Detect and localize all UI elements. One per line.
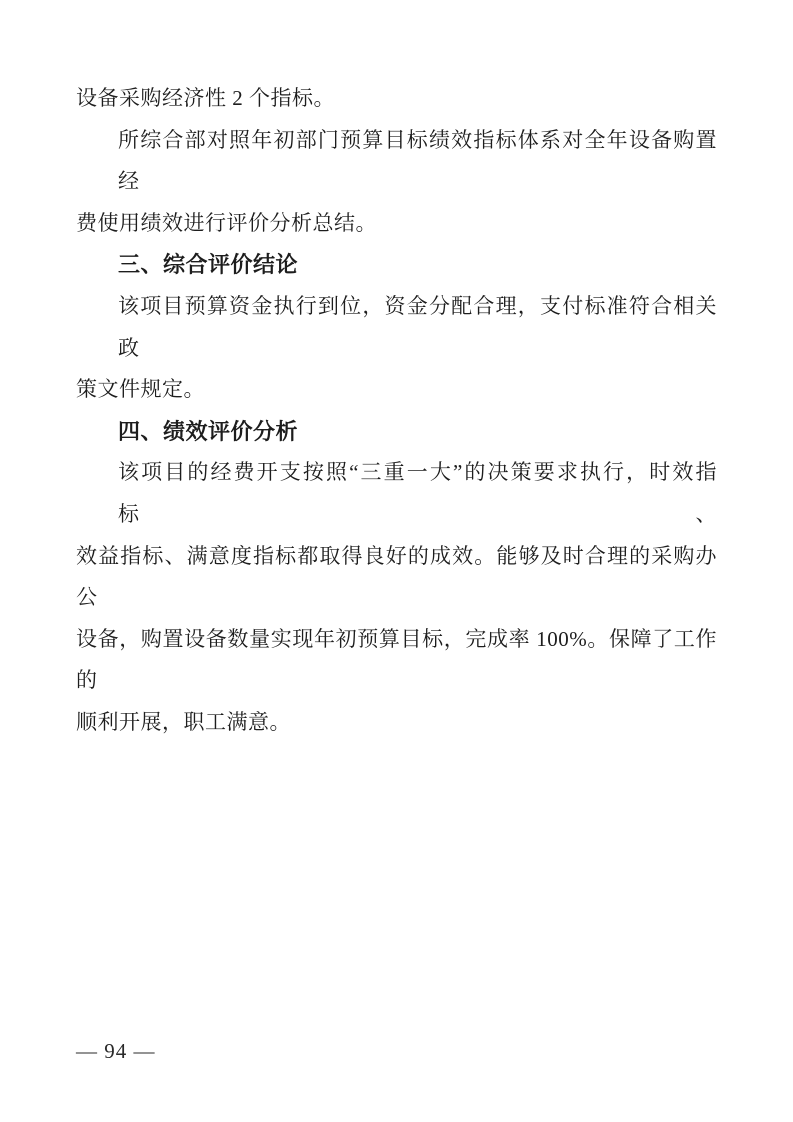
page-number: — 94 — bbox=[76, 1039, 156, 1063]
section-heading-4: 四、绩效评价分析 bbox=[76, 411, 717, 453]
document-body: 设备采购经济性 2 个指标。 所综合部对照年初部门预算目标绩效指标体系对全年设备… bbox=[76, 78, 717, 744]
body-line: 所综合部对照年初部门预算目标绩效指标体系对全年设备购置经 bbox=[76, 120, 717, 203]
body-line: 策文件规定。 bbox=[76, 369, 717, 411]
body-line: 效益指标、满意度指标都取得良好的成效。能够及时合理的采购办公 bbox=[76, 536, 717, 619]
body-line: 该项目的经费开支按照“三重一大”的决策要求执行，时效指标、 bbox=[76, 452, 717, 535]
body-line: 顺利开展，职工满意。 bbox=[76, 702, 717, 744]
body-line: 费使用绩效进行评价分析总结。 bbox=[76, 203, 717, 245]
body-line: 设备采购经济性 2 个指标。 bbox=[76, 78, 717, 120]
body-line: 该项目预算资金执行到位，资金分配合理，支付标准符合相关政 bbox=[76, 286, 717, 369]
section-heading-3: 三、综合评价结论 bbox=[76, 244, 717, 286]
body-line: 设备，购置设备数量实现年初预算目标，完成率 100%。保障了工作的 bbox=[76, 619, 717, 702]
document-page: 设备采购经济性 2 个指标。 所综合部对照年初部门预算目标绩效指标体系对全年设备… bbox=[0, 0, 793, 1122]
